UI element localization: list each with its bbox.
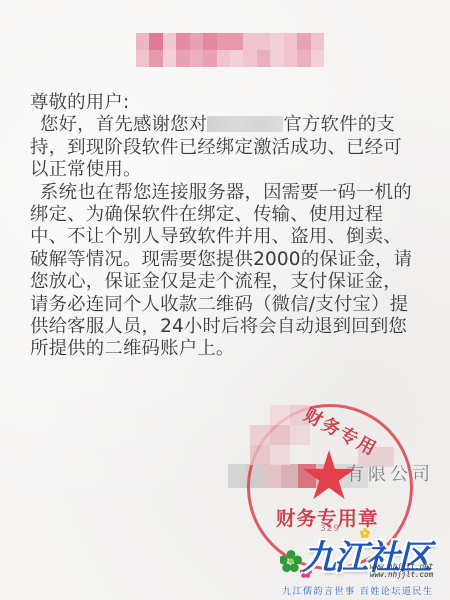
redacted-title [136, 33, 324, 67]
greeting: 尊敬的用户: [30, 92, 430, 114]
paragraph-2: 系统也在帮您连接服务器，因需要一码一机的 绑定、为确保软件在绑定、传输、使用过程… [30, 182, 430, 361]
text-line: 持，到现阶段软件已经绑定激活成功、已经可 [30, 137, 430, 159]
paragraph-1: 您好，首先感谢您对官方软件的支 持，到现阶段软件已经绑定激活成功、已经可 以正常… [30, 114, 430, 181]
letter-body: 尊敬的用户: 您好，首先感谢您对官方软件的支 持，到现阶段软件已经绑定激活成功、… [30, 92, 430, 361]
text-line: 系统也在帮您连接服务器，因需要一码一机的 [30, 182, 430, 204]
flower-icon [280, 550, 302, 572]
watermark-slogan: 九江儒韵言世事 百姓论坛道民生 [282, 584, 433, 597]
watermark-url: www.nhjjlt.com [370, 571, 433, 579]
site-watermark: 九江社区 www.nhjjlt.net www.nhjjlt.com 九江儒韵言… [280, 528, 450, 600]
text-line: 破解等情况。现需要您提供2000的保证金，请 [30, 249, 430, 271]
text-line: 请务必连同个人收款二维码（微信/支付宝）提 [30, 294, 430, 316]
text-line: 您放心，保证金仅是走个流程，支付保证金， [30, 271, 430, 293]
text-line: 供给客服人员，24小时后将会自动退到回到您 [30, 316, 430, 338]
text-line: 您好，首先感谢您对官方软件的支 [30, 114, 430, 136]
watermark-urls: www.nhjjlt.net www.nhjjlt.com [370, 563, 433, 579]
text-line: 以正常使用。 [30, 159, 430, 181]
text-line: 绑定、为确保软件在绑定、传输、使用过程 [30, 204, 430, 226]
text-line: 中、不让个别人导致软件并用、盗用、倒卖、 [30, 226, 430, 248]
text-fragment: 官方软件的支 [283, 114, 395, 135]
text-line: 所提供的二维码账户上。 [30, 338, 430, 360]
redacted-brand [207, 116, 283, 132]
text-fragment: 您好，首先感谢您对 [40, 114, 207, 135]
